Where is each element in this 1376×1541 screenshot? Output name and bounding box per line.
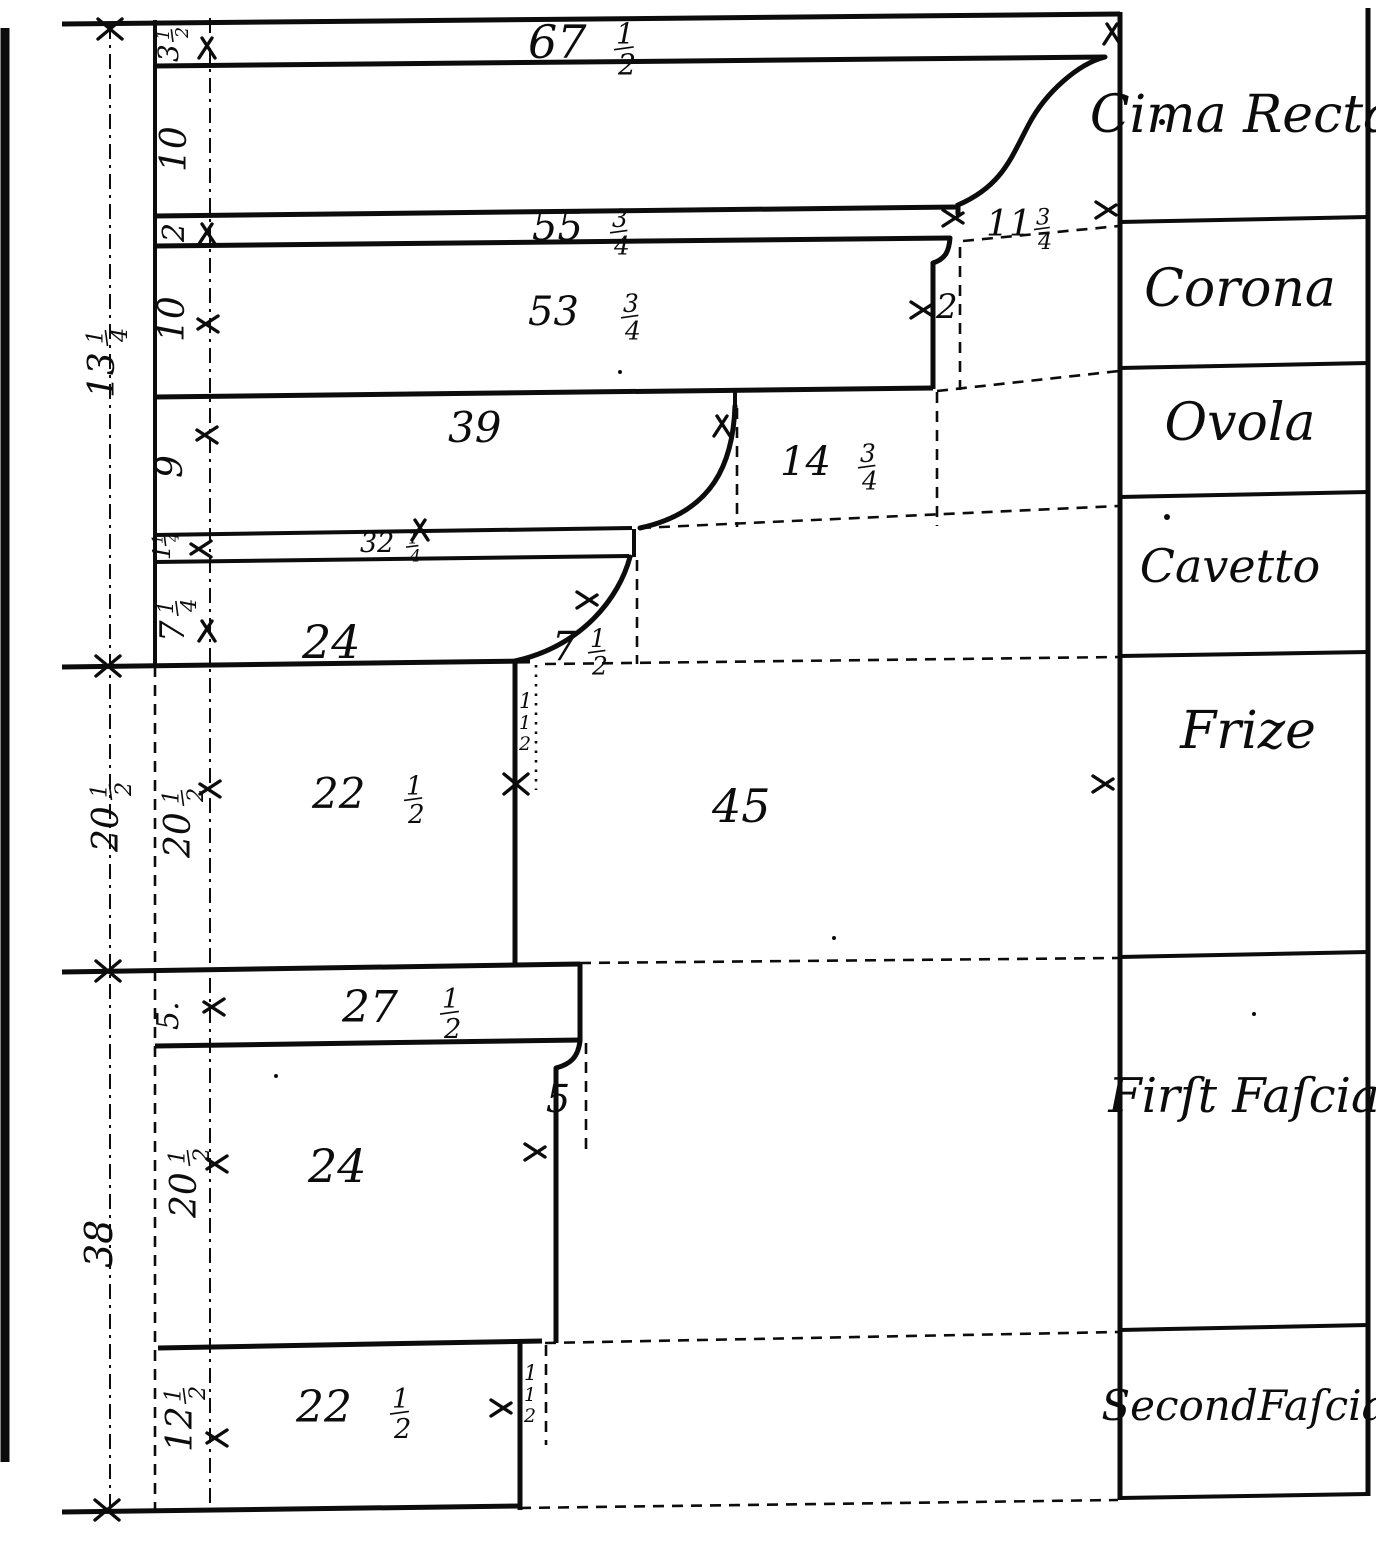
- fraction-numerator: 1: [590, 624, 606, 653]
- dimension-label: 114: [148, 533, 183, 560]
- fraction-numerator: 1: [160, 1388, 186, 1402]
- dimension-dash-line: [937, 371, 1119, 391]
- arrow-mark: [199, 621, 215, 641]
- fraction-denominator: 2: [591, 651, 608, 680]
- dimension-label: 5534: [532, 204, 630, 260]
- dimension-label: 312: [152, 27, 193, 62]
- dimension-number: 38: [77, 1220, 121, 1268]
- panel-divider: [1120, 652, 1368, 656]
- stacked-fraction-digit: 1: [524, 1361, 537, 1385]
- moulding-name-label: Corona: [1144, 259, 1336, 319]
- dimension-label: 24: [307, 1139, 367, 1193]
- stacked-fraction-label: 112: [518, 689, 532, 755]
- stacked-fraction-digit: 1: [519, 712, 531, 734]
- dimension-label: 2212: [295, 1382, 411, 1445]
- dimension-number: 20: [158, 812, 199, 859]
- fraction-denominator: 4: [176, 599, 201, 613]
- stacked-fraction-digit: 2: [523, 1405, 536, 1427]
- arrow-mark: [714, 416, 730, 436]
- fraction-numerator: 3: [860, 439, 876, 468]
- corona-beak-curve: [933, 238, 950, 263]
- fraction-numerator: 1: [153, 601, 178, 614]
- dimension-label: 2212: [311, 769, 425, 830]
- panel-divider: [1120, 363, 1368, 368]
- arrow-mark: [525, 1144, 545, 1160]
- dimension-label: 1314: [82, 328, 133, 398]
- fascia-conge-curve: [556, 1041, 580, 1068]
- panel-divider: [1120, 952, 1368, 957]
- fascia-band-top-line: [62, 964, 580, 972]
- moulding-name-label: Cima Recta: [1090, 85, 1376, 145]
- dimension-number: 12: [160, 1406, 201, 1452]
- dimension-label: 10: [152, 296, 193, 342]
- dimension-number: 3: [152, 44, 185, 62]
- fraction-denominator: 2: [443, 1014, 461, 1045]
- dimension-number: 2: [157, 223, 192, 243]
- dimension-label: 714: [153, 599, 201, 642]
- dimension-label: 1434: [780, 439, 878, 495]
- dimension-label: 1134: [986, 204, 1052, 255]
- dimension-label: 2712: [341, 982, 461, 1045]
- first-fascia-bottom-line: [158, 1341, 542, 1348]
- arrow-mark: [491, 1400, 511, 1416]
- dimension-label: 2012: [158, 788, 209, 859]
- arrow-mark: [199, 224, 215, 244]
- dimension-number: 39: [448, 403, 501, 452]
- fraction-denominator: 2: [617, 49, 636, 82]
- dimension-number: 5.: [151, 1001, 186, 1030]
- cavetto-bottom-line: [62, 661, 530, 667]
- cyma-recta-curve: [958, 57, 1105, 214]
- panel-divider: [1120, 492, 1368, 497]
- arrow-mark: [1096, 202, 1116, 218]
- dimension-label: 1212: [160, 1386, 211, 1452]
- ink-speck: [1252, 1012, 1256, 1016]
- dimension-number: 14: [780, 439, 831, 485]
- dimension-label: 2012: [86, 782, 137, 853]
- engraving-plate: 6712553411345334239143432147122422124527…: [0, 0, 1376, 1541]
- ink-speck: [274, 1074, 278, 1078]
- panel-divider: [1120, 217, 1368, 222]
- moulding-name-label: Frize: [1179, 701, 1316, 761]
- dimension-number: 55: [532, 204, 583, 250]
- stacked-fraction-digit: 1: [519, 689, 532, 713]
- moulding-name-label: SecondFaſcia: [1101, 1381, 1376, 1430]
- arrow-mark: [191, 541, 211, 557]
- dimension-number: 67: [528, 15, 587, 69]
- arrow-mark: [198, 316, 218, 332]
- dimension-number: 1: [148, 545, 176, 560]
- ink-speck: [1164, 514, 1170, 520]
- fraction-numerator: 1: [616, 17, 634, 50]
- stacked-fraction-digit: 1: [524, 1384, 536, 1406]
- arrow-mark: [577, 592, 597, 608]
- dimension-dash-line: [640, 506, 1118, 528]
- fraction-numerator: 1: [86, 784, 112, 798]
- panel-divider: [1120, 1494, 1368, 1498]
- fraction-numerator: 3: [612, 204, 628, 233]
- dimension-number: 20: [86, 806, 127, 853]
- dimension-label: 39: [448, 403, 501, 452]
- dimension-number: 11: [986, 204, 1032, 245]
- fraction-denominator: 4: [861, 466, 878, 495]
- dimension-label: 38: [77, 1220, 121, 1268]
- arrow-mark: [199, 38, 215, 58]
- fraction-denominator: 2: [173, 27, 193, 39]
- fraction-numerator: 1: [158, 790, 184, 804]
- dimension-number: 7: [552, 624, 578, 670]
- fraction-denominator: 2: [407, 800, 425, 830]
- fraction-numerator: 3: [1036, 204, 1050, 230]
- dimension-number: 7: [153, 620, 193, 642]
- fraction-numerator: 1: [82, 330, 108, 344]
- dimension-label: 6712: [528, 15, 636, 82]
- ink-speck: [618, 370, 622, 374]
- dimension-dash-line: [545, 1332, 1118, 1343]
- dimension-label: 10: [154, 126, 195, 172]
- fraction-numerator: 1: [406, 772, 423, 802]
- dimension-dash-line: [580, 958, 1118, 963]
- dimension-label: 2: [157, 223, 192, 243]
- dimension-number: 13: [82, 352, 123, 398]
- dimension-number: 10: [152, 296, 193, 342]
- dimension-number: 32: [360, 528, 394, 559]
- dimension-label: 5.: [151, 1001, 186, 1030]
- dimension-label: 2: [935, 287, 958, 327]
- dimension-number: 22: [295, 1382, 352, 1433]
- moulding-name-label: Firſt Faſcia: [1107, 1068, 1376, 1124]
- dimension-number: 24: [307, 1139, 367, 1193]
- stacked-fraction-label: 112: [523, 1361, 537, 1427]
- bottom-edge-line: [62, 1506, 520, 1512]
- fraction-denominator: 2: [111, 782, 137, 797]
- fraction-denominator: 4: [409, 546, 421, 566]
- dimension-number: 5: [546, 1077, 570, 1121]
- dimension-label: 9: [150, 455, 191, 478]
- fraction-denominator: 4: [107, 328, 133, 343]
- dimension-number: 53: [528, 289, 579, 335]
- dimension-dash-line: [520, 1500, 1118, 1508]
- dimension-number: 10: [154, 126, 195, 172]
- fraction-denominator: 2: [393, 1414, 411, 1445]
- plate-svg: 6712553411345334239143432147122422124527…: [0, 0, 1376, 1541]
- fraction-numerator: 1: [442, 984, 459, 1015]
- stacked-fraction-digit: 2: [518, 733, 531, 755]
- dimension-number: 27: [341, 982, 398, 1033]
- fraction-denominator: 2: [185, 1386, 211, 1401]
- dimension-label: 5334: [528, 289, 641, 345]
- panel-divider: [1120, 1325, 1368, 1330]
- fraction-denominator: 4: [624, 316, 641, 345]
- dimension-number: 22: [311, 769, 365, 818]
- fraction-numerator: 3: [623, 289, 639, 318]
- dimension-number: 2: [935, 287, 958, 327]
- fraction-denominator: 4: [1037, 229, 1052, 255]
- dimension-label: 24: [301, 615, 361, 669]
- fraction-numerator: 1: [392, 1384, 409, 1415]
- arrow-mark: [911, 302, 931, 318]
- dimension-label: 5: [546, 1077, 570, 1121]
- fascia-band-bottom-line: [155, 1040, 580, 1046]
- ink-speck: [832, 936, 836, 940]
- top-edge-line: [62, 14, 1120, 24]
- dimension-number: 24: [301, 615, 361, 669]
- dimension-number: 9: [150, 455, 191, 478]
- moulding-name-label: Ovola: [1165, 393, 1316, 453]
- dimension-dash-line: [545, 657, 1118, 664]
- fraction-denominator: 4: [613, 231, 630, 260]
- arrow-mark: [1093, 776, 1113, 792]
- arrow-mark: [204, 999, 224, 1015]
- corona-soffit-line: [155, 388, 933, 397]
- arrow-mark: [197, 427, 217, 443]
- fraction-numerator: 1: [164, 1150, 190, 1164]
- dimension-label: 45: [711, 779, 771, 833]
- dimension-number: 45: [711, 779, 771, 833]
- fraction-denominator: 4: [165, 533, 183, 543]
- dimension-number: 20: [164, 1172, 205, 1219]
- moulding-name-label: Cavetto: [1140, 539, 1321, 593]
